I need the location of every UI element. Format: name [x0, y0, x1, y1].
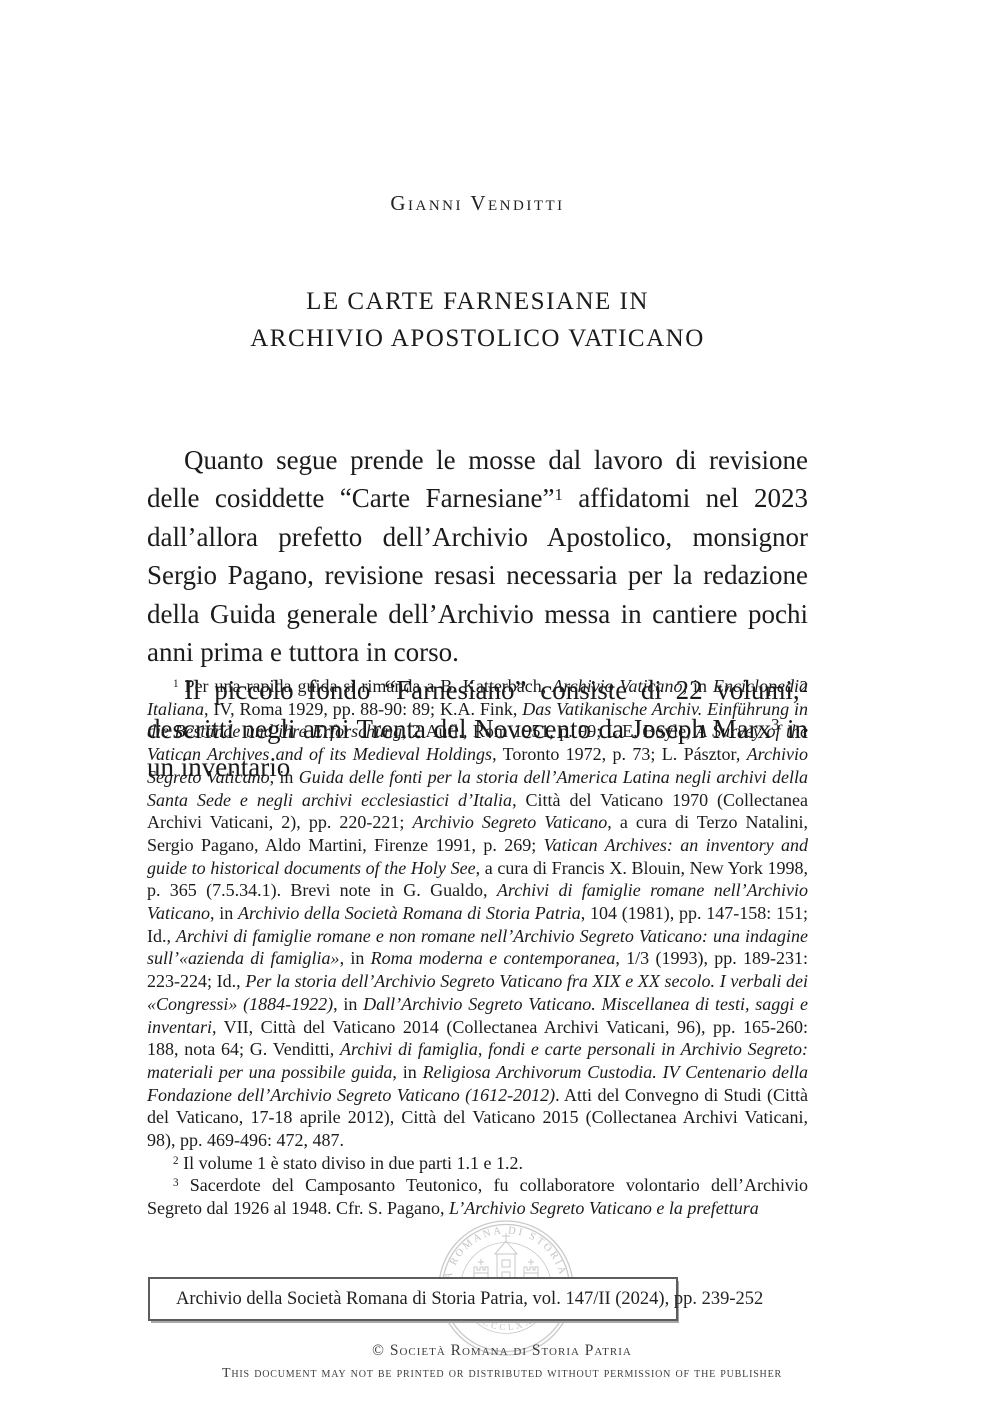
body-paragraph: Quanto segue prende le mosse dal lavoro … — [147, 441, 808, 671]
copyright-line: © Società Romana di Storia Patria — [0, 1342, 1004, 1360]
citation-box: Archivio della Società Romana di Storia … — [148, 1277, 678, 1321]
article-title: LE CARTE FARNESIANE IN ARCHIVIO APOSTOLI… — [147, 283, 808, 357]
footnote: 2 Il volume 1 è stato diviso in due part… — [147, 1152, 808, 1175]
footnote: 3 Sacerdote del Camposanto Teutonico, fu… — [147, 1174, 808, 1219]
copyright-block: © Società Romana di Storia Patria This d… — [0, 1342, 1004, 1382]
author-name: Gianni Venditti — [147, 191, 808, 216]
article-title-line-2: ARCHIVIO APOSTOLICO VATICANO — [147, 320, 808, 357]
footnote: 1 Per una rapida guida si rimanda a B. K… — [147, 675, 808, 1152]
permission-line: This document may not be printed or dist… — [0, 1366, 1004, 1382]
article-title-line-1: LE CARTE FARNESIANE IN — [147, 283, 808, 320]
document-page: Gianni Venditti LE CARTE FARNESIANE IN A… — [0, 0, 1004, 1418]
footnotes-block: 1 Per una rapida guida si rimanda a B. K… — [147, 675, 808, 1220]
citation-text: Archivio della Società Romana di Storia … — [176, 1289, 763, 1309]
